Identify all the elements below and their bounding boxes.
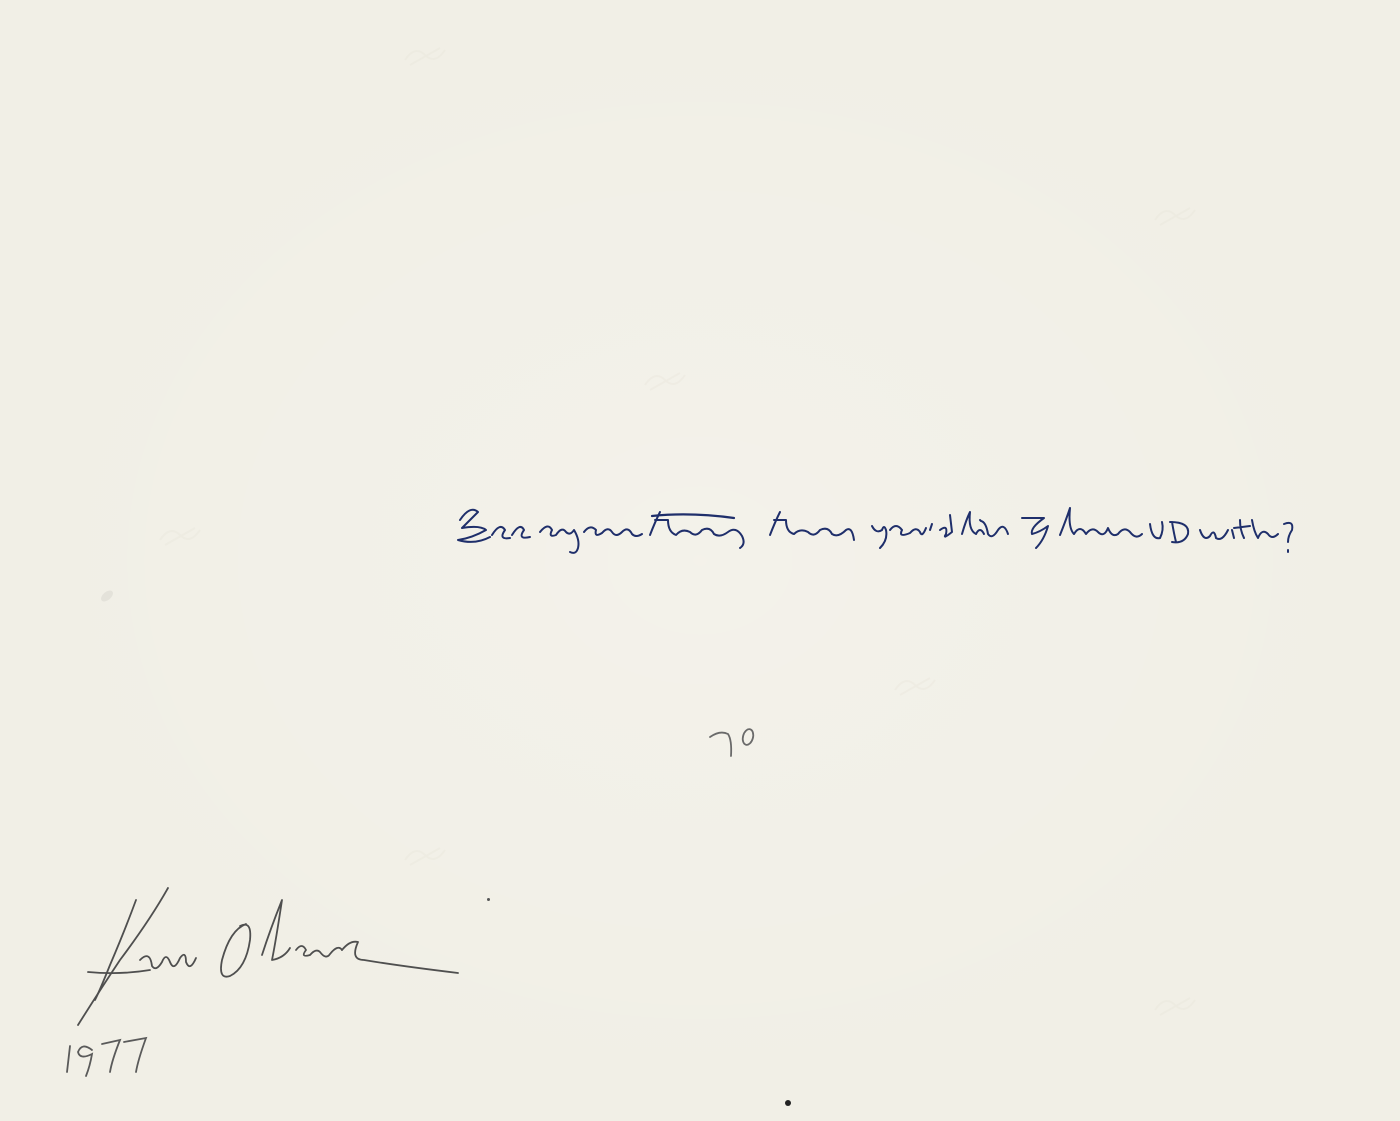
inscription-ink	[458, 508, 1292, 553]
handwriting-layer	[0, 0, 1400, 1121]
number-mark-pencil	[710, 728, 755, 756]
signature-pencil	[78, 888, 458, 1025]
year-pencil	[67, 1038, 146, 1076]
paper-sheet: See anyone there you'd like to have VD w…	[0, 0, 1400, 1121]
